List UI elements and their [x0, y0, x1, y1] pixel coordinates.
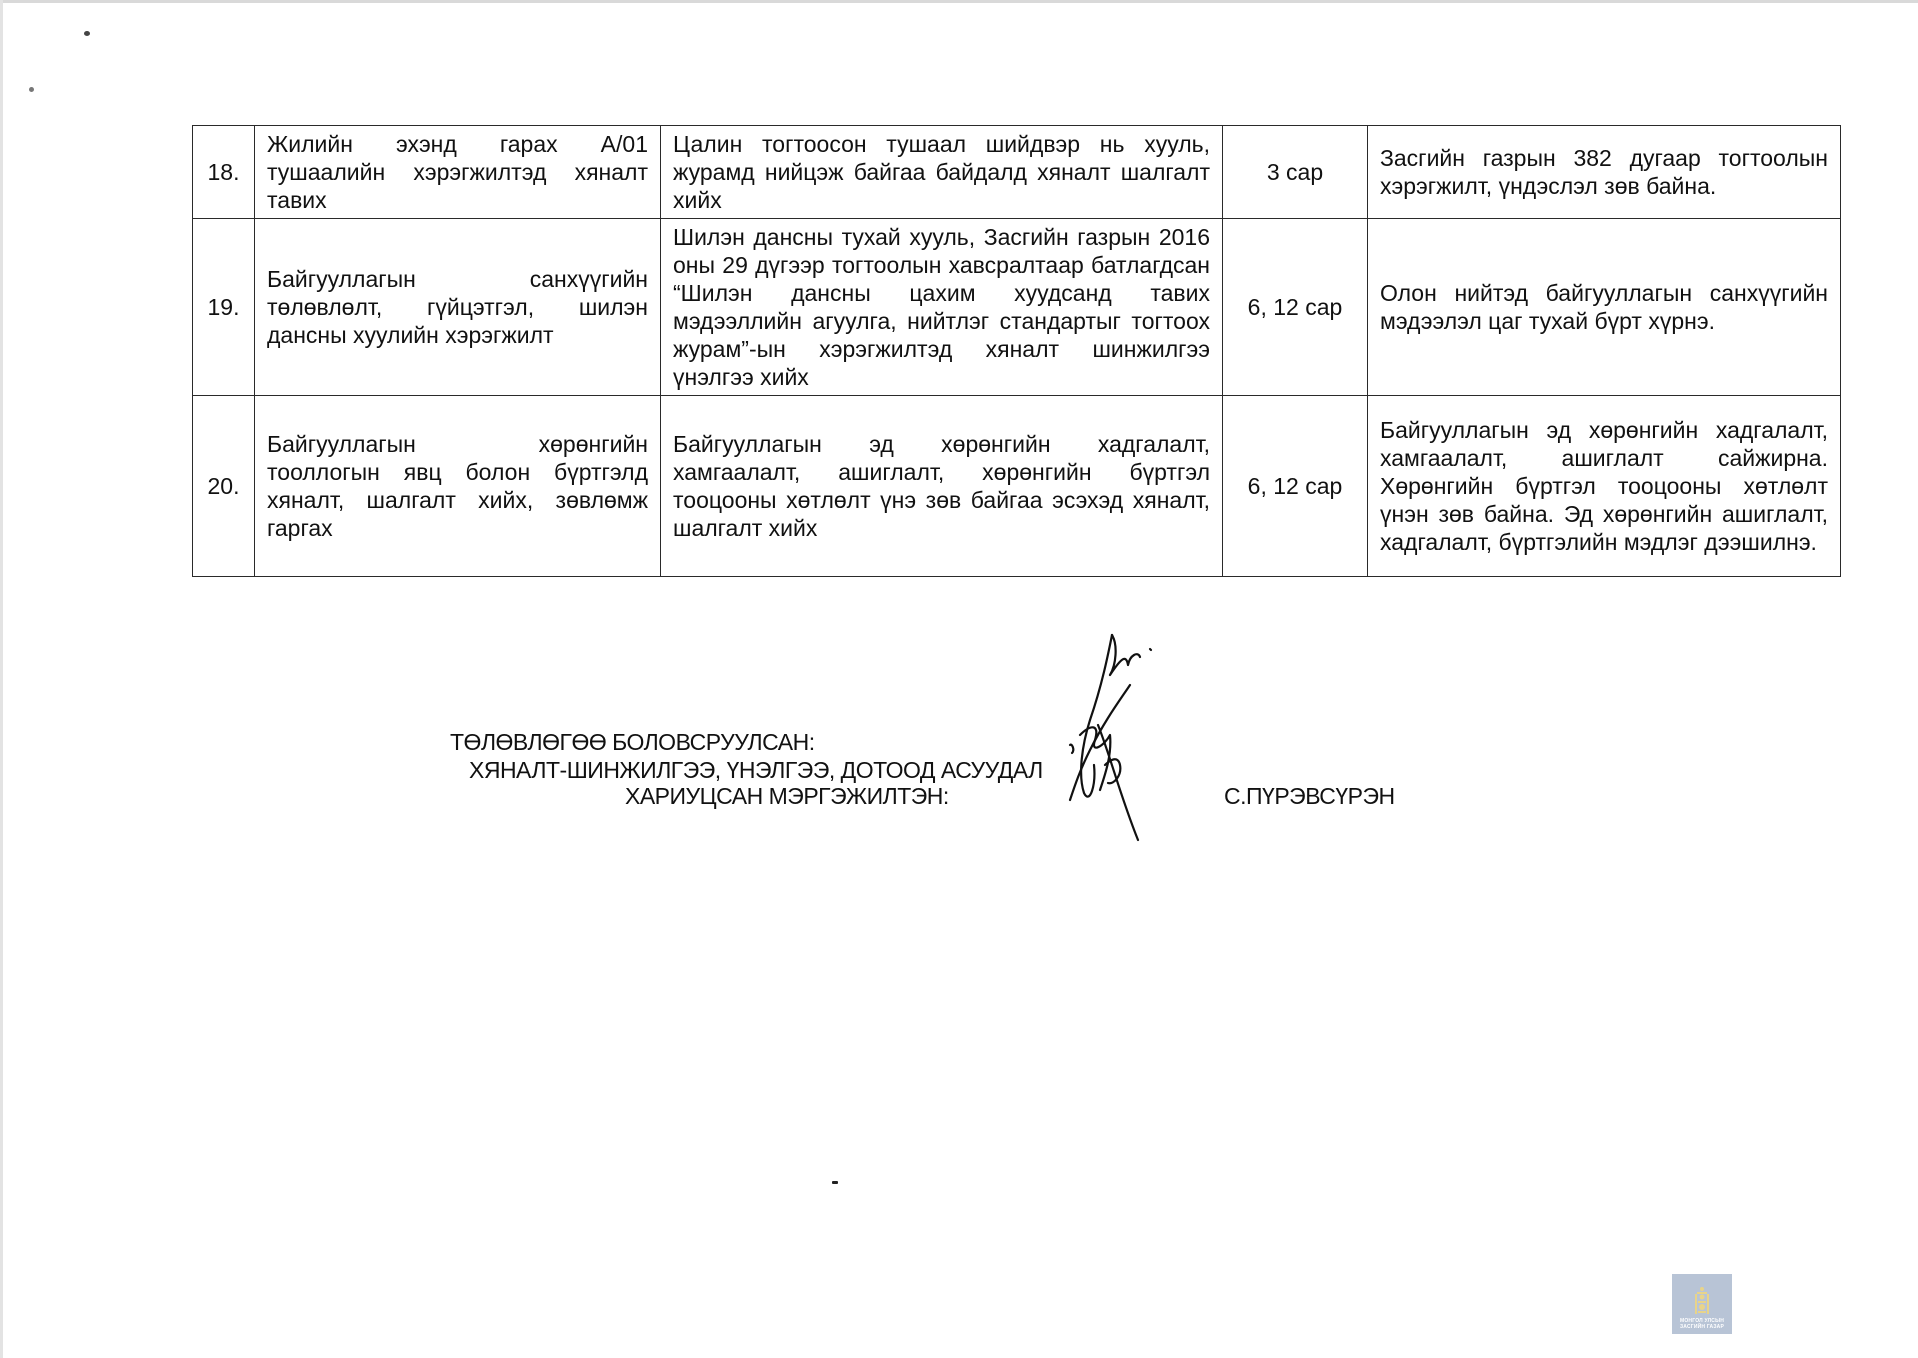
department-label: ХЯНАЛТ-ШИНЖИЛГЭЭ, ҮНЭЛГЭЭ, ДОТООД АСУУДА… — [469, 756, 1043, 784]
scan-edge-top — [0, 0, 1918, 3]
task-cell: Байгууллагын хөрөнгийн тооллогын явц бол… — [255, 396, 661, 577]
timeframe-cell: 6, 12 сар — [1223, 396, 1368, 577]
result-cell: Засгийн газрын 382 дугаар тогтоолын хэрэ… — [1368, 126, 1841, 219]
scan-speck — [832, 1181, 838, 1184]
activity-cell: Цалин тогтоосон тушаал шийдвэр нь хууль,… — [661, 126, 1223, 219]
scan-speck — [84, 31, 90, 36]
soyombo-emblem-icon — [1695, 1285, 1709, 1315]
position-label: ХАРИУЦСАН МЭРГЭЖИЛТЭН: — [625, 782, 949, 810]
task-cell: Байгууллагын санхүүгийн төлөвлөлт, гүйцэ… — [255, 219, 661, 396]
signatory-name: С.ПҮРЭВСҮРЭН — [1224, 782, 1395, 810]
government-logo: МОНГОЛ УЛСЫН ЗАСГИЙН ГАЗАР — [1672, 1274, 1732, 1334]
handwritten-signature-icon — [1050, 625, 1180, 845]
prepared-by-label: ТӨЛӨВЛӨГӨӨ БОЛОВСРУУЛСАН: — [450, 728, 815, 756]
logo-text-line2: ЗАСГИЙН ГАЗАР — [1680, 1324, 1724, 1330]
row-number: 20. — [193, 396, 255, 577]
row-number: 18. — [193, 126, 255, 219]
scan-speck — [29, 87, 34, 92]
timeframe-cell: 3 сар — [1223, 126, 1368, 219]
result-cell: Байгууллагын эд хөрөнгийн хадгалалт, хам… — [1368, 396, 1841, 577]
scan-edge-left — [0, 0, 3, 1358]
result-cell: Олон нийтэд байгууллагын санхүүгийн мэдэ… — [1368, 219, 1841, 396]
table-row: 20. Байгууллагын хөрөнгийн тооллогын явц… — [193, 396, 1841, 577]
task-cell: Жилийн эхэнд гарах А/01 тушаалийн хэрэгж… — [255, 126, 661, 219]
table-row: 19. Байгууллагын санхүүгийн төлөвлөлт, г… — [193, 219, 1841, 396]
table-row: 18. Жилийн эхэнд гарах А/01 тушаалийн хэ… — [193, 126, 1841, 219]
timeframe-cell: 6, 12 сар — [1223, 219, 1368, 396]
activity-cell: Байгууллагын эд хөрөнгийн хадгалалт, хам… — [661, 396, 1223, 577]
row-number: 19. — [193, 219, 255, 396]
plan-table: 18. Жилийн эхэнд гарах А/01 тушаалийн хэ… — [192, 125, 1841, 577]
activity-cell: Шилэн дансны тухай хууль, Засгийн газрын… — [661, 219, 1223, 396]
